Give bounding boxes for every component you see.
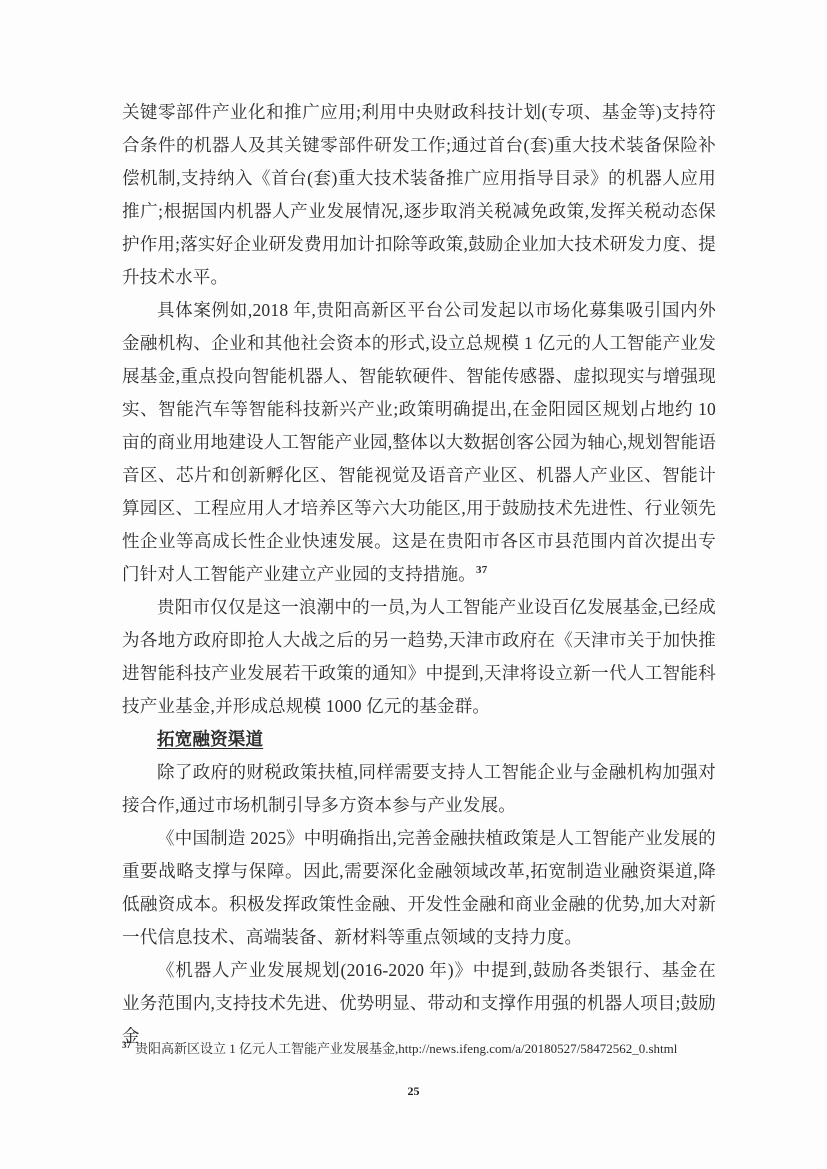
body-paragraph: 具体案例如,2018 年,贵阳高新区平台公司发起以市场化募集吸引国内外金融机构、… <box>122 294 716 591</box>
body-paragraph: 关键零部件产业化和推广应用;利用中央财政科技计划(专项、基金等)支持符合条件的机… <box>122 96 716 294</box>
body-paragraph: 《中国制造 2025》中明确指出,完善金融扶植政策是人工智能产业发展的重要战略支… <box>122 822 716 954</box>
section-heading: 拓宽融资渠道 <box>122 723 716 756</box>
document-page: 关键零部件产业化和推广应用;利用中央财政科技计划(专项、基金等)支持符合条件的机… <box>0 0 827 1169</box>
body-paragraph: 贵阳市仅仅是这一浪潮中的一员,为人工智能产业设百亿发展基金,已经成为各地方政府即… <box>122 591 716 723</box>
page-number: 25 <box>0 1084 827 1099</box>
paragraph-text: 《机器人产业发展规划(2016-2020 年)》中提到,鼓励各类银行、基金在业务… <box>122 960 716 1046</box>
body-text: 关键零部件产业化和推广应用;利用中央财政科技计划(专项、基金等)支持符合条件的机… <box>122 96 716 1053</box>
body-paragraph: 除了政府的财税政策扶植,同样需要支持人工智能企业与金融机构加强对接合作,通过市场… <box>122 756 716 822</box>
footnote-marker: 37 <box>122 1040 131 1050</box>
footnote-text: 贵阳高新区设立 1 亿元人工智能产业发展基金,http://news.ifeng… <box>135 1041 677 1056</box>
paragraph-text: 除了政府的财税政策扶植,同样需要支持人工智能企业与金融机构加强对接合作,通过市场… <box>122 762 716 815</box>
paragraph-text: 具体案例如,2018 年,贵阳高新区平台公司发起以市场化募集吸引国内外金融机构、… <box>122 300 716 584</box>
paragraph-text: 关键零部件产业化和推广应用;利用中央财政科技计划(专项、基金等)支持符合条件的机… <box>122 102 716 287</box>
footnote-reference: 37 <box>476 564 487 576</box>
paragraph-text: 《中国制造 2025》中明确指出,完善金融扶植政策是人工智能产业发展的重要战略支… <box>122 828 716 947</box>
body-paragraph: 《机器人产业发展规划(2016-2020 年)》中提到,鼓励各类银行、基金在业务… <box>122 954 716 1053</box>
footnote: 37贵阳高新区设立 1 亿元人工智能产业发展基金,http://news.ife… <box>122 1040 722 1058</box>
paragraph-text: 贵阳市仅仅是这一浪潮中的一员,为人工智能产业设百亿发展基金,已经成为各地方政府即… <box>122 597 716 716</box>
